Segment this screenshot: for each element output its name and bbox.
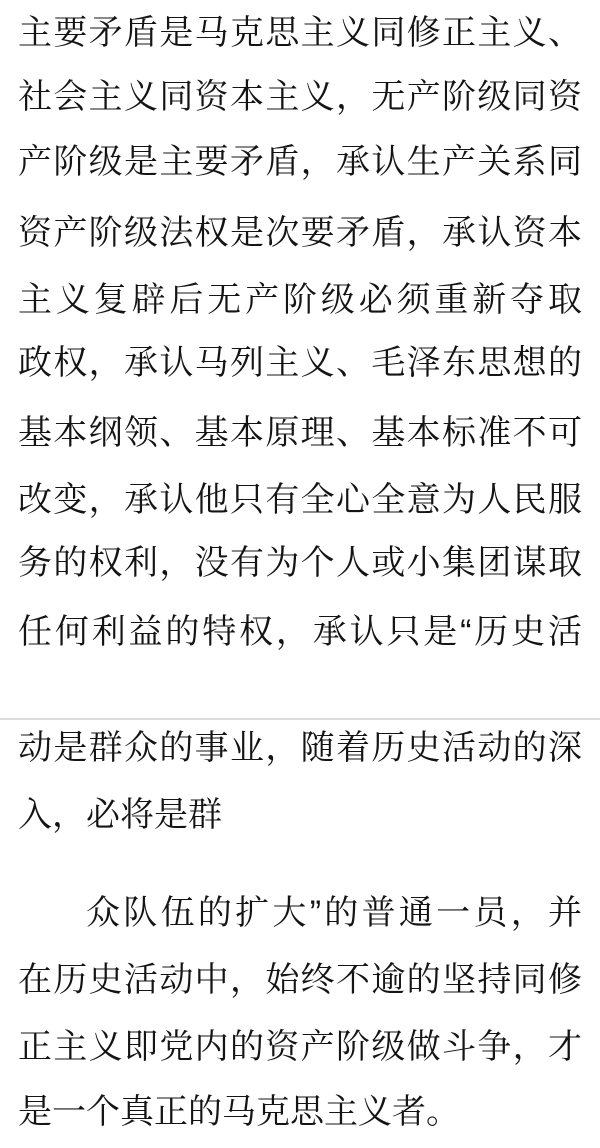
text-line: 产阶级是主要矛盾，承认生产关系同: [18, 137, 582, 187]
text-line: 是一个真正的马克思主义者。: [18, 1087, 582, 1137]
text-line: 政权，承认马列主义、毛泽东思想的: [18, 338, 582, 388]
text-line: 改变，承认他只有全心全意为人民服: [18, 475, 582, 525]
text-line: 众队伍的扩大”的普通一员，并: [18, 888, 582, 938]
page-break-divider: [0, 718, 600, 720]
text-line: 主要矛盾是马克思主义同修正主义、: [18, 8, 582, 58]
text-line: 正主义即党内的资产阶级做斗争，才: [18, 1022, 582, 1072]
text-line: 入，必将是群: [18, 790, 582, 840]
text-line: 在历史活动中，始终不逾的坚持同修: [18, 955, 582, 1005]
reader-page: 主要矛盾是马克思主义同修正主义、 社会主义同资本主义，无产阶级同资 产阶级是主要…: [0, 0, 600, 1148]
text-line: 社会主义同资本主义，无产阶级同资: [18, 72, 582, 122]
text-line: 任何利益的特权，承认只是“历史活: [18, 607, 582, 657]
text-line: 动是群众的事业，随着历史活动的深: [18, 723, 582, 773]
text-line: 主义复辟后无产阶级必须重新夺取: [18, 275, 582, 325]
text-line: 基本纲领、基本原理、基本标准不可: [18, 408, 582, 458]
text-line: 资产阶级法权是次要矛盾，承认资本: [18, 208, 582, 258]
text-line: 务的权利，没有为个人或小集团谋取: [18, 538, 582, 588]
